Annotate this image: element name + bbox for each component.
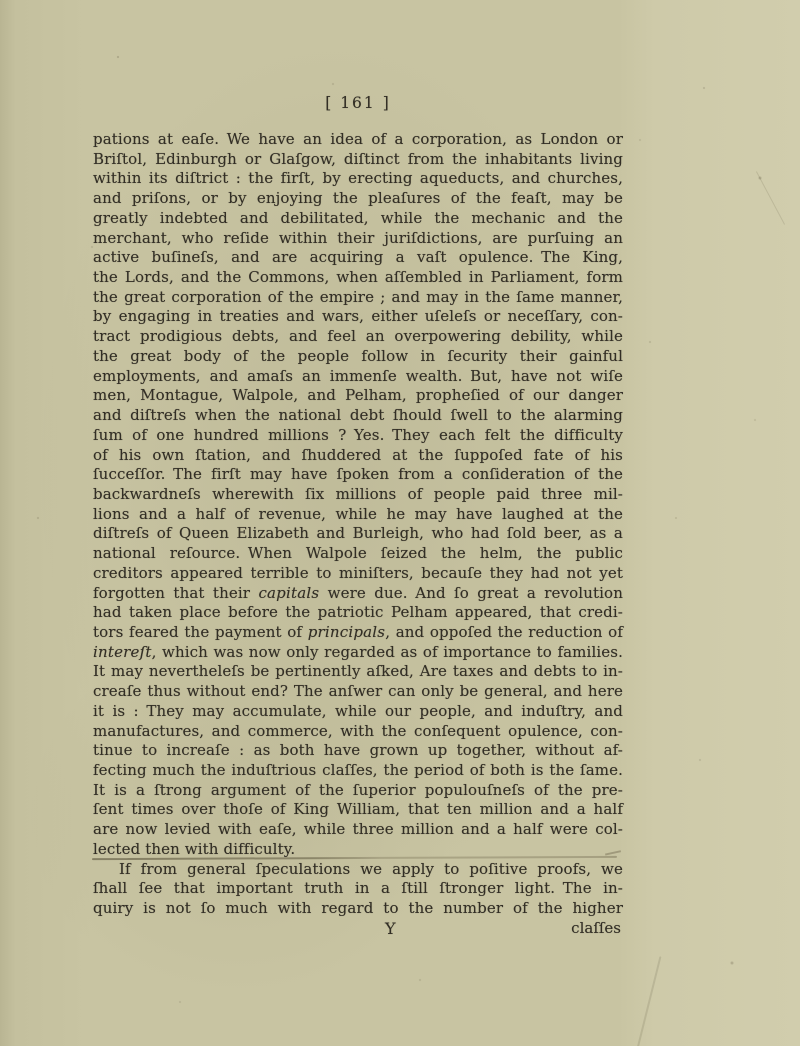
text-line: the great body of the people follow in ſ… (93, 347, 623, 367)
text-line: creaſe thus without end? The anſwer can … (93, 682, 623, 702)
text-block: pations at eaſe. We have an idea of a co… (93, 130, 623, 938)
text-line: quiry is not ſo much with regard to the … (93, 899, 623, 919)
text-line: of his own ſtation, and ſhuddered at the… (93, 446, 623, 466)
text-line: creditors appeared terrible to miniſters… (93, 564, 623, 584)
text-line: intereſt, which was now only regarded as… (93, 643, 623, 663)
paper-crease (756, 171, 785, 224)
text-line: and diſtreſs when the national debt ſhou… (93, 406, 623, 426)
text-line: greatly indebted and debilitated, while … (93, 209, 623, 229)
text-line: ſum of one hundred millions ? Yes. They … (93, 426, 623, 446)
text-line: by engaging in treaties and wars, either… (93, 307, 623, 327)
text-line: It is a ſtrong argument of the ſuperior … (93, 781, 623, 801)
book-page-scan: [ 161 ] pations at eaſe. We have an idea… (0, 0, 800, 1046)
text-line: employments, and amaſs an immenſe wealth… (93, 367, 623, 387)
text-line: It may nevertheleſs be pertinently aſked… (93, 662, 623, 682)
text-line: If from general ſpeculations we apply to… (93, 860, 623, 880)
text-line: and priſons, or by enjoying the pleaſure… (93, 189, 623, 209)
text-line: had taken place before the patriotic Pel… (93, 603, 623, 623)
text-line: diſtreſs of Queen Elizabeth and Burleigh… (93, 524, 623, 544)
signature-mark: Y (385, 919, 396, 939)
text-line: pations at eaſe. We have an idea of a co… (93, 130, 623, 150)
text-line: forgotten that their capitals were due. … (93, 584, 623, 604)
text-line: tinue to increaſe : as both have grown u… (93, 741, 623, 761)
text-line: lions and a half of revenue, while he ma… (93, 505, 623, 525)
text-line: the Lords, and the Commons, when aſſembl… (93, 268, 623, 288)
text-line: Briſtol, Edinburgh or Glaſgow, diſtinct … (93, 150, 623, 170)
paper-crease (637, 956, 661, 1046)
signature-row: Yclaſſes (93, 919, 623, 939)
text-line: national reſource. When Walpole ſeized t… (93, 544, 623, 564)
text-line: within its diſtrict : the firſt, by erec… (93, 169, 623, 189)
text-line: are now levied with eaſe, while three mi… (93, 820, 623, 840)
page-number: [ 161 ] (93, 94, 623, 112)
text-line: ſucceſſor. The firſt may have ſpoken fro… (93, 465, 623, 485)
text-line: ſhall ſee that important truth in a ſtil… (93, 879, 623, 899)
text-line: manufactures, and commerce, with the con… (93, 722, 623, 742)
text-line: merchant, who reſide within their juriſd… (93, 229, 623, 249)
text-line: tors feared the payment of principals, a… (93, 623, 623, 643)
catchword: claſſes (571, 919, 621, 939)
text-line: the great corporation of the empire ; an… (93, 288, 623, 308)
text-line: ſent times over thoſe of King William, t… (93, 800, 623, 820)
text-line: backwardneſs wherewith ſix millions of p… (93, 485, 623, 505)
text-line: fecting much the induſtrious claſſes, th… (93, 761, 623, 781)
text-line: it is : They may accumulate, while our p… (93, 702, 623, 722)
text-line: tract prodigious debts, and feel an over… (93, 327, 623, 347)
text-line: active buſineſs, and are acquiring a vaſ… (93, 248, 623, 268)
text-line: men, Montague, Walpole, and Pelham, prop… (93, 386, 623, 406)
